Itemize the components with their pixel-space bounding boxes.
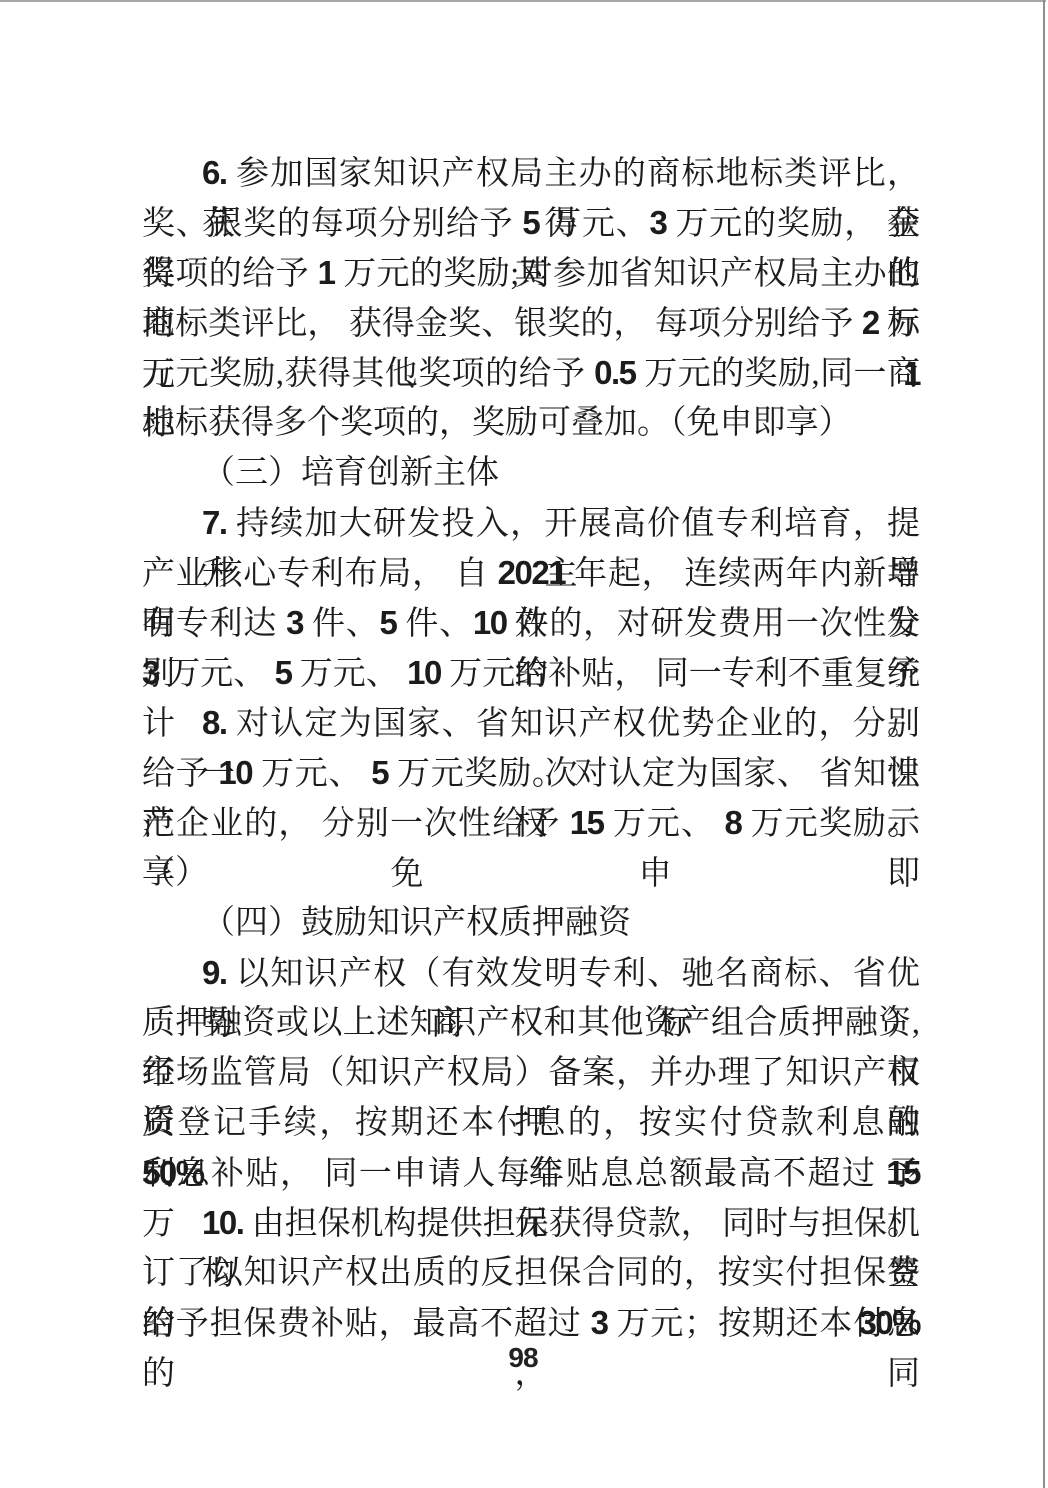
numeral: 5 [522,204,539,241]
numeral: 7. [202,504,227,541]
document-text-block: 6. 参加国家知识产权局主办的商标地标类评比，获得金奖、银奖的每项分别给予 5 … [142,148,920,1348]
text-line: 给予担保费补贴，最高不超过 3 万元；按期还本付息的，同 [142,1298,920,1348]
numeral: 0.5 [594,354,635,391]
text-line: 10. 由担保机构提供担保获得贷款， 同时与担保机构签 [142,1198,920,1248]
text-line: 地标获得多个奖项的，奖励可叠加。（免申即享） [142,398,920,448]
text-line: 3 万元、 5 万元、 10 万元的补贴， 同一专利不重复统计。 [142,648,920,698]
numeral: 6. [202,154,227,191]
text-line: 6. 参加国家知识产权局主办的商标地标类评比，获得金 [142,148,920,198]
text-line: 万元奖励,获得其他奖项的给予 0.5 万元的奖励,同一商标 [142,348,920,398]
text-line: 给予 10 万元、 5 万元奖励。 对认定为国家、 省知识产权示 [142,748,920,798]
text-line: 利息补贴， 同一申请人每年贴息总额最高不超过 15 万元。 [142,1148,920,1198]
text-line: 市场监管局（知识产权局）备案，并办理了知识产权质押融 [142,1048,920,1098]
numeral: 5 [275,654,292,691]
page-number: 98 [0,1342,1046,1374]
numeral: 3 [650,204,667,241]
text-line: 明专利达 3 件、5 件、10 件的，对研发费用一次性分别给予 [142,598,920,648]
text-line: （三）培育创新主体 [142,448,920,498]
numeral: 1 [318,254,335,291]
text-line: 奖、银奖的每项分别给予 5 万元、3 万元的奖励， 获得其他 [142,198,920,248]
numeral: 15 [886,1154,920,1191]
numeral: 5 [371,754,388,791]
numeral: 10 [407,654,441,691]
text-line: 范企业的， 分别一次性给予 15 万元、 8 万元奖励。（免申即 [142,798,920,848]
text-line: 8. 对认定为国家、省知识产权优势企业的，分别一次性 [142,698,920,748]
text-line: 质押融资或以上述知识产权和其他资产组合质押融资,经市 [142,998,920,1048]
document-page: 6. 参加国家知识产权局主办的商标地标类评比，获得金奖、银奖的每项分别给予 5 … [0,0,1048,1488]
text-line: 奖项的给予 1 万元的奖励;对参加省知识产权局主办的商标 [142,248,920,298]
numeral: 10 [473,604,507,641]
numeral: 2 [862,304,879,341]
numeral: 3 [591,1304,608,1341]
right-border-line [1043,0,1045,1488]
numeral: 9. [202,954,227,991]
text-line: 9. 以知识产权（有效发明专利、驰名商标、省优势商标） [142,948,920,998]
text-line: 订了以知识产权出质的反担保合同的，按实付担保费的 30% [142,1248,920,1298]
numeral: 10. [202,1204,243,1241]
top-border-line [0,0,1046,2]
numeral: 3 [142,654,159,691]
text-line: 地标类评比， 获得金奖、银奖的， 每项分别给予 2 万元、 1 [142,298,920,348]
text-line: 7. 持续加大研发投入，开展高价值专利培育，提升主导 [142,498,920,548]
text-line: （四）鼓励知识产权质押融资 [142,898,920,948]
numeral: 8 [724,804,741,841]
numeral: 8. [202,704,227,741]
numeral: 15 [570,804,604,841]
numeral: 3 [286,604,303,641]
numeral: 2021 [498,554,565,591]
text-line: 产业核心专利布局， 自 2021 年起， 连续两年内新增有效发 [142,548,920,598]
numeral: 10 [218,754,252,791]
numeral: 5 [379,604,396,641]
text-line: 资登记手续，按期还本付息的，按实付贷款利息的 50%给予 [142,1098,920,1148]
